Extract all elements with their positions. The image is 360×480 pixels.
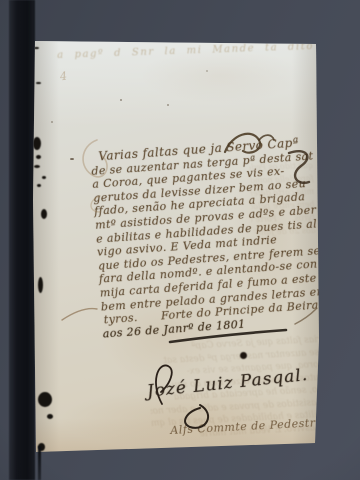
ink-blot: [34, 165, 40, 168]
ink-dot: [240, 352, 247, 359]
paper-speck: [120, 99, 122, 101]
manuscript-body: Varias faltas que ja Servo Capª de se au…: [90, 134, 349, 341]
book-spine-shadow: [9, 0, 35, 480]
ink-blot: [42, 176, 46, 179]
ink-blot: [38, 277, 43, 293]
paper-speck: [70, 158, 74, 160]
ink-blot: [33, 137, 41, 150]
lead-in-swash: [62, 309, 97, 320]
ink-blot: [47, 414, 53, 419]
ink-blot: [37, 184, 41, 187]
ink-blot: [41, 209, 47, 219]
ink-blot: [36, 82, 41, 84]
ink-blot: [36, 155, 41, 159]
ink-drip: [38, 446, 41, 480]
paper-speck: [206, 70, 208, 72]
photo-background: a pagº d Snr la mi Mande ta dito 4 Varia…: [0, 0, 360, 480]
paper-speck: [51, 121, 53, 123]
ink-blot: [38, 392, 52, 407]
paper-speck: [167, 104, 169, 106]
manuscript-page: a pagº d Snr la mi Mande ta dito 4 Varia…: [0, 0, 360, 480]
faint-mark: 4: [59, 70, 68, 84]
header-annotation: a pagº d Snr la mi Mande ta dito: [57, 41, 314, 61]
